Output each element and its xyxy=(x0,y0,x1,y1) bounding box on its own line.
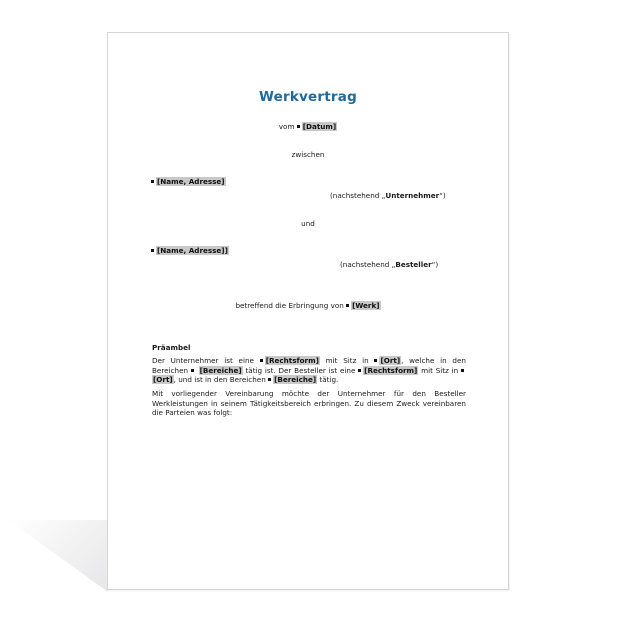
legal-form-placeholder[interactable]: [Rechtsform] xyxy=(265,356,320,365)
bullet-icon xyxy=(260,359,263,362)
document-title: Werkvertrag xyxy=(108,89,508,105)
date-prefix: vom xyxy=(279,122,295,131)
bullet-icon xyxy=(151,249,154,252)
preamble-paragraph-1: Der Unternehmer ist eine [Rechtsform] mi… xyxy=(152,356,466,385)
location-placeholder[interactable]: [Ort] xyxy=(379,356,401,365)
text: , und ist in den Bereichen xyxy=(174,375,266,384)
bullet-icon xyxy=(461,369,464,372)
areas-placeholder[interactable]: [Bereiche] xyxy=(199,366,243,375)
between-text: zwischen xyxy=(108,150,508,159)
text: mit Sitz in xyxy=(326,356,369,365)
document-page: Werkvertrag vom [Datum] zwischen [Name, … xyxy=(107,32,509,590)
date-line: vom [Datum] xyxy=(108,122,508,131)
party1-placeholder[interactable]: [Name, Adresse] xyxy=(156,177,226,186)
role-unternehmer: Unternehmer xyxy=(385,191,439,200)
bullet-icon xyxy=(346,304,349,307)
preamble-heading: Präambel xyxy=(152,343,191,352)
bullet-icon xyxy=(268,378,271,381)
subject-line: betreffend die Erbringung von [Werk] xyxy=(108,301,508,310)
text: tätig. xyxy=(319,375,338,384)
bullet-icon xyxy=(297,125,300,128)
role-prefix: (nachstehend „ xyxy=(340,260,395,269)
party2-line: [Name, Adresse]] xyxy=(151,246,229,255)
areas-placeholder[interactable]: [Bereiche] xyxy=(273,375,317,384)
text: Der Unternehmer ist eine xyxy=(152,356,254,365)
subject-prefix: betreffend die Erbringung von xyxy=(235,301,343,310)
bullet-icon xyxy=(374,359,377,362)
legal-form-placeholder[interactable]: [Rechtsform] xyxy=(363,366,418,375)
bullet-icon xyxy=(358,369,361,372)
preamble-paragraph-2: Mit vorliegender Vereinbarung möchte der… xyxy=(152,389,466,418)
text: mit Sitz in xyxy=(421,366,458,375)
role-prefix: (nachstehend „ xyxy=(330,191,385,200)
role-besteller: Besteller xyxy=(395,260,431,269)
party1-line: [Name, Adresse] xyxy=(151,177,226,186)
party2-placeholder[interactable]: [Name, Adresse]] xyxy=(156,246,229,255)
page-shadow xyxy=(8,520,108,592)
bullet-icon xyxy=(191,369,194,372)
party2-role: (nachstehend „Besteller“) xyxy=(340,260,438,269)
role-suffix: “) xyxy=(439,191,446,200)
party1-role: (nachstehend „Unternehmer“) xyxy=(330,191,446,200)
location-placeholder[interactable]: [Ort] xyxy=(152,375,174,384)
and-text: und xyxy=(108,219,508,228)
date-placeholder[interactable]: [Datum] xyxy=(302,122,337,131)
text: tätig ist. Der Besteller ist eine xyxy=(245,366,355,375)
bullet-icon xyxy=(151,180,154,183)
work-placeholder[interactable]: [Werk] xyxy=(351,301,380,310)
role-suffix: “) xyxy=(432,260,439,269)
